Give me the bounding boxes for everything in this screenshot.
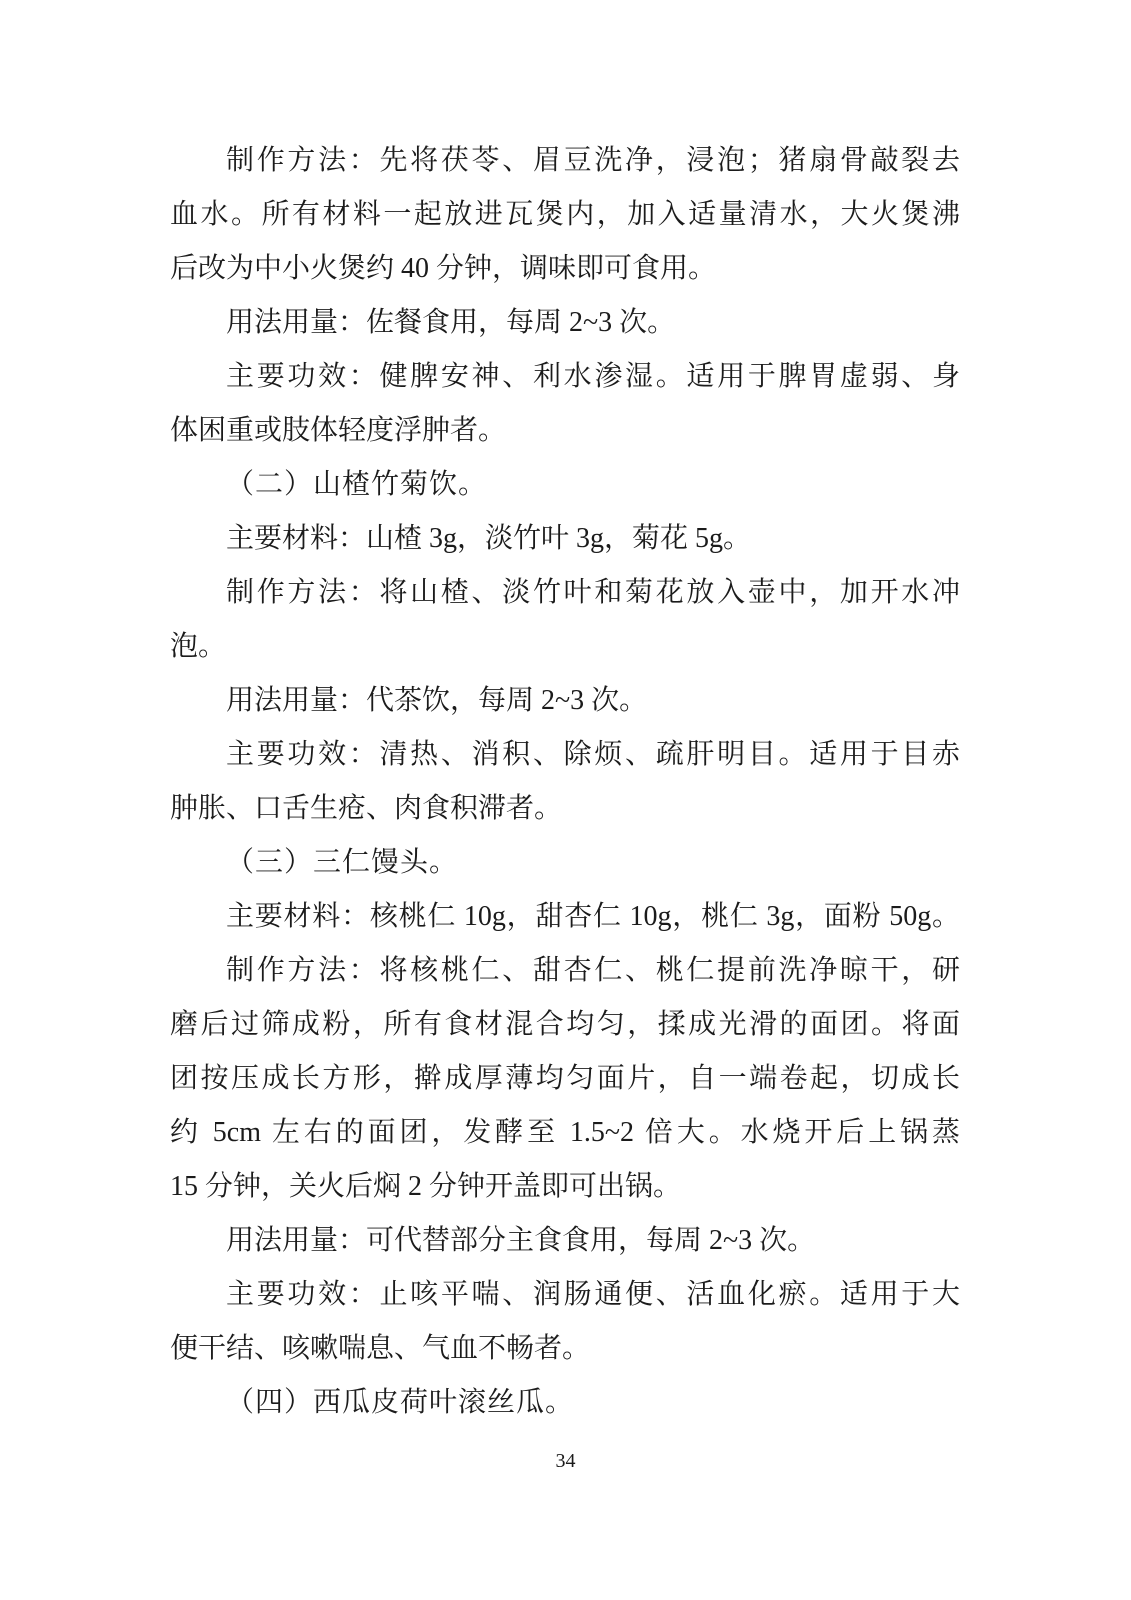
text-line: 主要功效：止咳平喘、润肠通便、活血化瘀。适用于大: [170, 1268, 960, 1322]
document-page: 制作方法：先将茯苓、眉豆洗净，浸泡；猪扇骨敲裂去 血水。所有材料一起放进瓦煲内，…: [0, 0, 1131, 1600]
text-line: 后改为中小火煲约 40 分钟，调味即可食用。: [170, 242, 960, 296]
page-number: 34: [0, 1446, 1131, 1476]
text-line: 约 5cm 左右的面团，发酵至 1.5~2 倍大。水烧开后上锅蒸: [170, 1106, 960, 1160]
text-line: 制作方法：将山楂、淡竹叶和菊花放入壶中，加开水冲: [170, 566, 960, 620]
text-line: 血水。所有材料一起放进瓦煲内，加入适量清水，大火煲沸: [170, 188, 960, 242]
document-body: 制作方法：先将茯苓、眉豆洗净，浸泡；猪扇骨敲裂去 血水。所有材料一起放进瓦煲内，…: [170, 134, 960, 1430]
text-line: 15 分钟，关火后焖 2 分钟开盖即可出锅。: [170, 1160, 960, 1214]
text-line: 磨后过筛成粉，所有食材混合均匀，揉成光滑的面团。将面: [170, 998, 960, 1052]
text-line: 用法用量：可代替部分主食食用，每周 2~3 次。: [170, 1214, 960, 1268]
section-heading: （四）西瓜皮荷叶滚丝瓜。: [170, 1376, 960, 1430]
section-heading: （三）三仁馒头。: [170, 836, 960, 890]
text-line: 便干结、咳嗽喘息、气血不畅者。: [170, 1322, 960, 1376]
text-line: 制作方法：先将茯苓、眉豆洗净，浸泡；猪扇骨敲裂去: [170, 134, 960, 188]
section-heading: （二）山楂竹菊饮。: [170, 458, 960, 512]
text-line: 用法用量：佐餐食用，每周 2~3 次。: [170, 296, 960, 350]
text-line: 体困重或肢体轻度浮肿者。: [170, 404, 960, 458]
text-line: 泡。: [170, 620, 960, 674]
text-line: 主要材料：山楂 3g，淡竹叶 3g，菊花 5g。: [170, 512, 960, 566]
text-line: 主要材料：核桃仁 10g，甜杏仁 10g，桃仁 3g，面粉 50g。: [170, 890, 960, 944]
text-line: 制作方法：将核桃仁、甜杏仁、桃仁提前洗净晾干，研: [170, 944, 960, 998]
text-line: 主要功效：清热、消积、除烦、疏肝明目。适用于目赤: [170, 728, 960, 782]
text-line: 肿胀、口舌生疮、肉食积滞者。: [170, 782, 960, 836]
text-line: 用法用量：代茶饮，每周 2~3 次。: [170, 674, 960, 728]
text-line: 团按压成长方形，擀成厚薄均匀面片，自一端卷起，切成长: [170, 1052, 960, 1106]
text-line: 主要功效：健脾安神、利水渗湿。适用于脾胃虚弱、身: [170, 350, 960, 404]
